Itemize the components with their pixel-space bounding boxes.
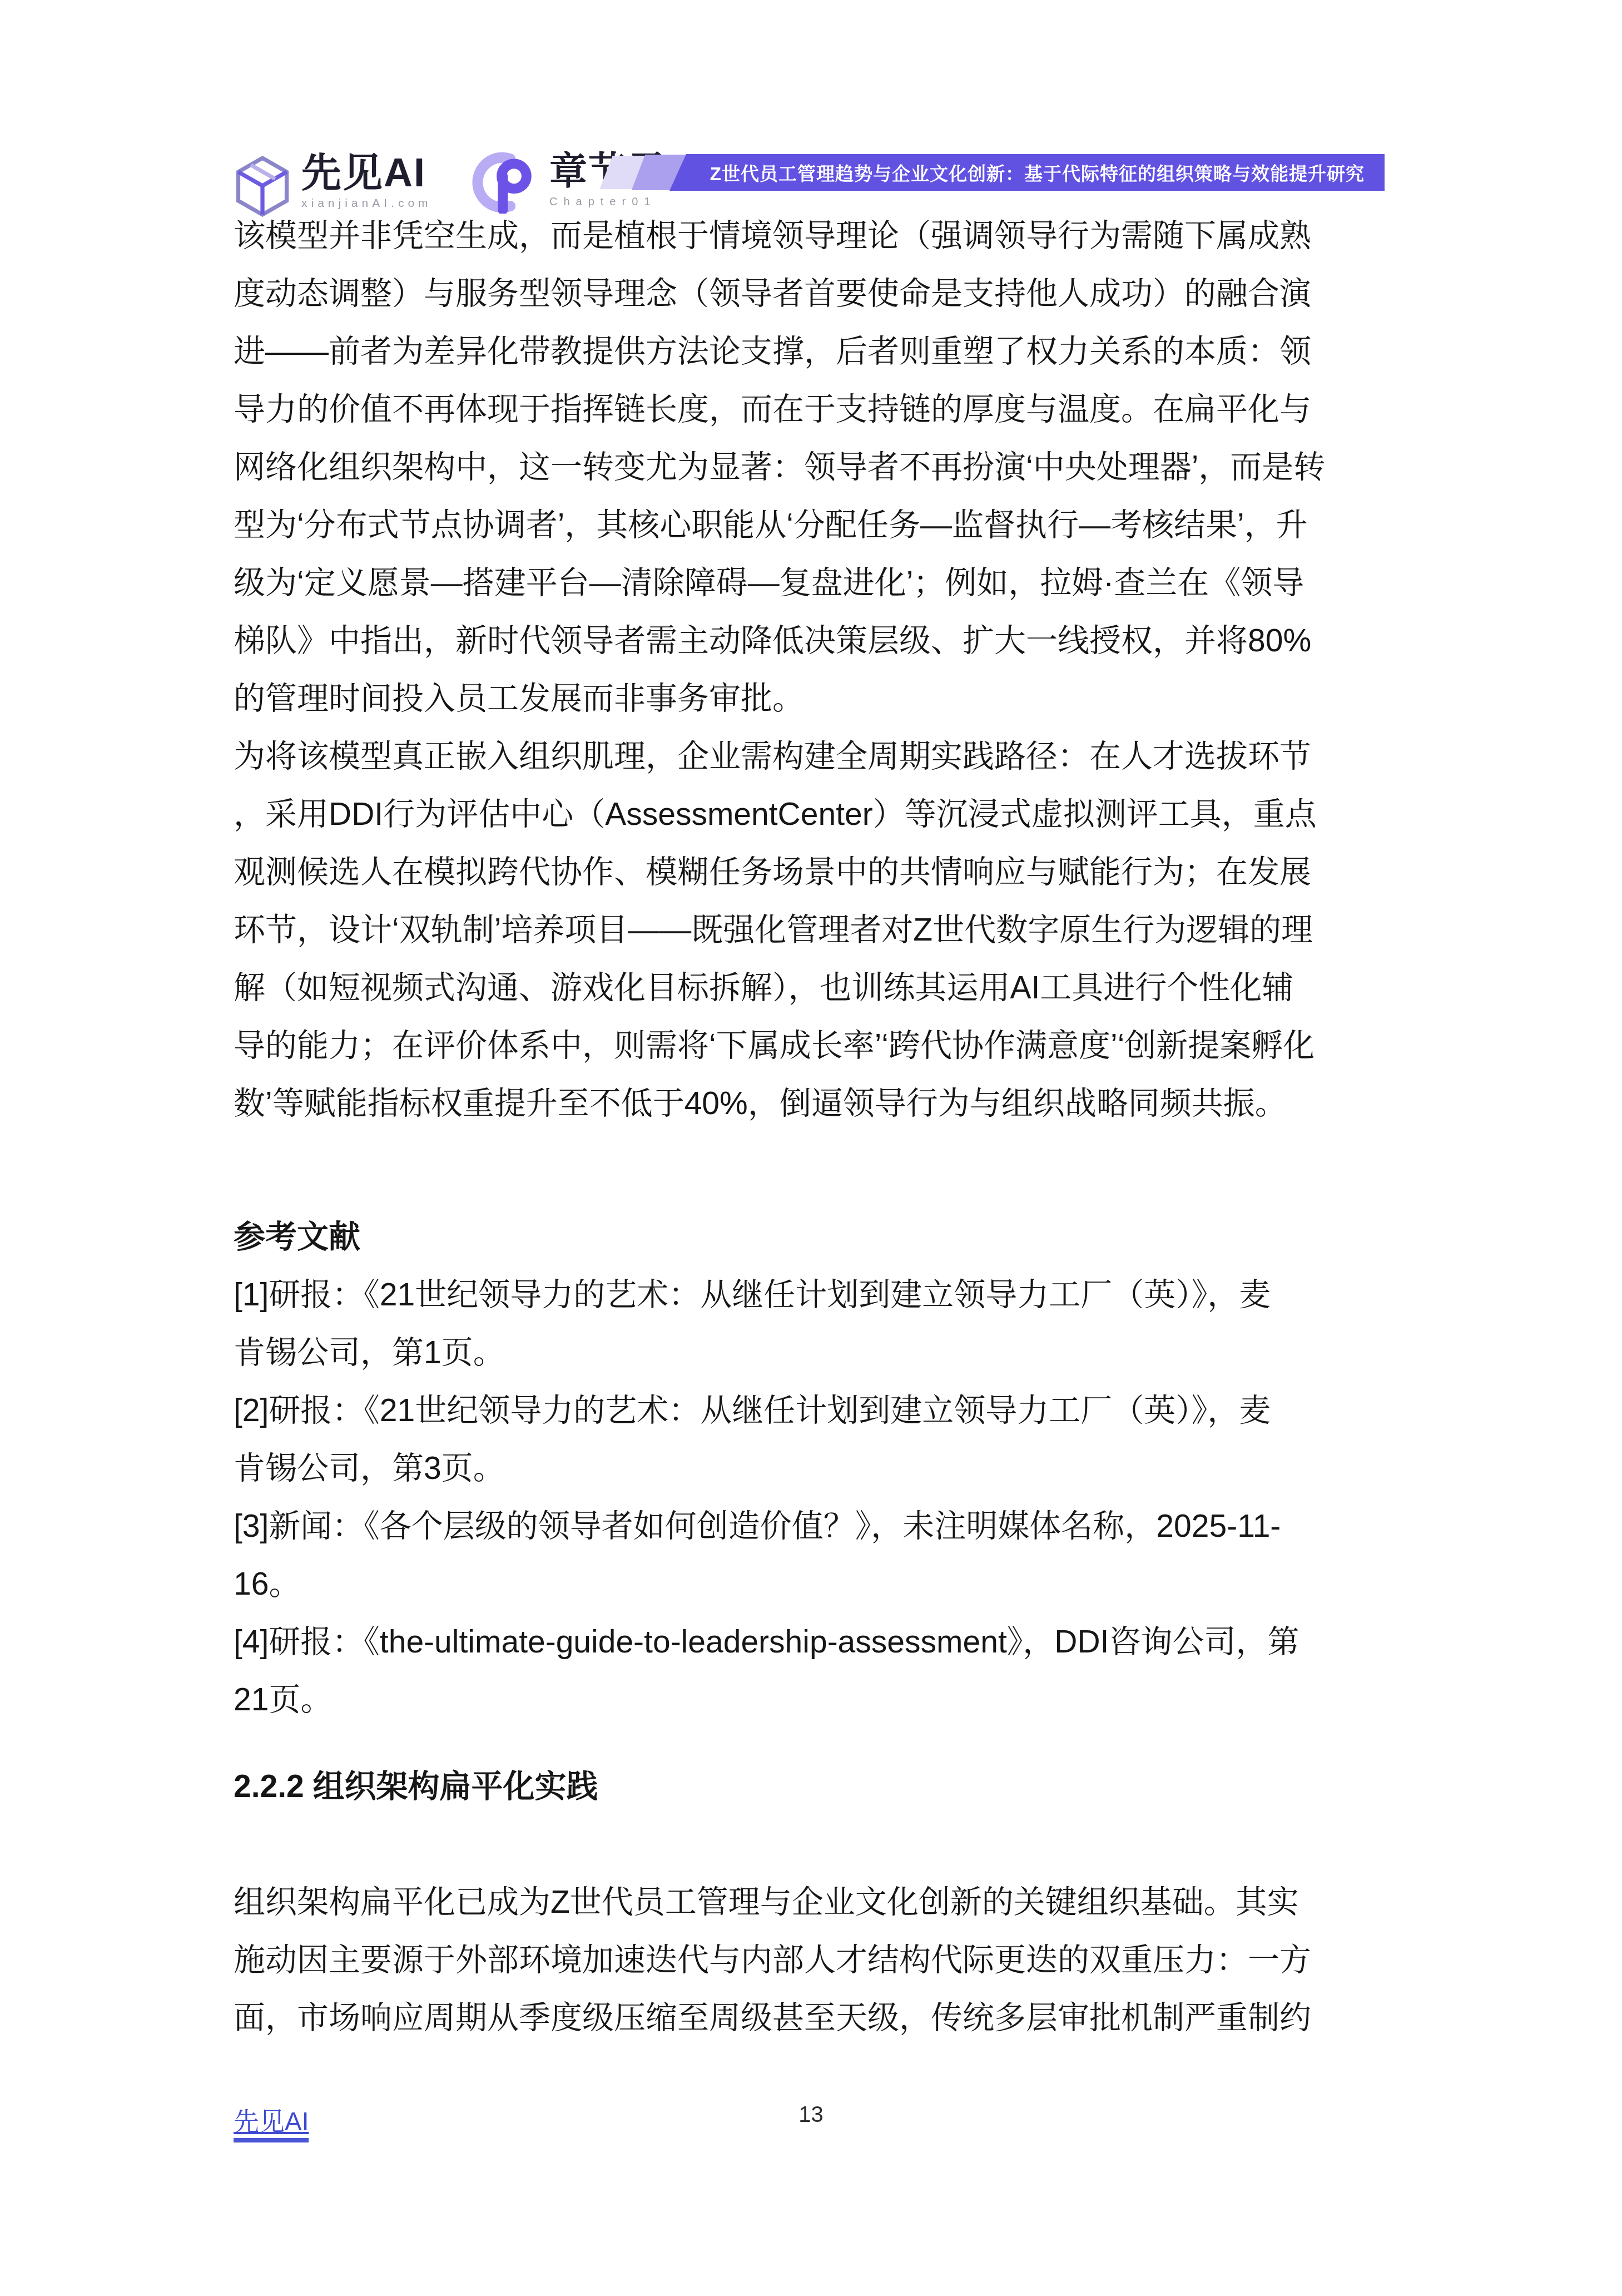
reference-line: 肯锡公司，第3页。 bbox=[234, 1439, 1418, 1497]
paragraph-line: 数’等赋能指标权重提升至不低于40%，倒逼领导行为与组织战略同频共振。 bbox=[234, 1075, 1418, 1132]
paragraph-line: 该模型并非凭空生成，而是植根于情境领导理论（强调领导行为需随下属成熟 bbox=[234, 207, 1418, 265]
reference-line: [4]研报：《the-ultimate-guide-to-leadership-… bbox=[234, 1613, 1418, 1671]
paragraph-line: 型为‘分布式节点协调者’，其核心职能从‘分配任务—监督执行—考核结果’，升 bbox=[234, 496, 1418, 554]
footer-brand-link[interactable]: 先见AI bbox=[234, 2107, 309, 2142]
paragraph-line: ，采用DDI行为评估中心（AssessmentCenter）等沉浸式虚拟测评工具… bbox=[234, 785, 1418, 843]
brand1-name: 先见AI bbox=[301, 151, 432, 195]
paragraph-line: 导力的价值不再体现于指挥链长度，而在于支持链的厚度与温度。在扁平化与 bbox=[234, 380, 1418, 438]
paragraph-line: 面，市场响应周期从季度级压缩至周级甚至天级，传统多层审批机制严重制约 bbox=[234, 1989, 1418, 2047]
paragraph-line: 组织架构扁平化已成为Z世代员工管理与企业文化创新的关键组织基础。其实 bbox=[234, 1873, 1418, 1931]
reference-line: [3]新闻：《各个层级的领导者如何创造价值？》，未注明媒体名称，2025-11- bbox=[234, 1497, 1418, 1555]
paragraph-line: 解（如短视频式沟通、游戏化目标拆解），也训练其运用AI工具进行个性化辅 bbox=[234, 959, 1418, 1017]
page-number: 13 bbox=[798, 2102, 824, 2127]
paragraph-line: 导的能力；在评价体系中，则需将‘下属成长率’‘跨代协作满意度’‘创新提案孵化 bbox=[234, 1017, 1418, 1075]
reference-line: [2]研报：《21世纪领导力的艺术：从继任计划到建立领导力工厂（英）》，麦 bbox=[234, 1382, 1418, 1439]
document-body: 该模型并非凭空生成，而是植根于情境领导理论（强调领导行为需随下属成熟 度动态调整… bbox=[234, 207, 1418, 2047]
paragraph-line: 级为‘定义愿景—搭建平台—清除障碍—复盘进化’；例如，拉姆·查兰在《领导 bbox=[234, 554, 1418, 612]
document-page: 先见AI xianjianAI.com 章节零一 Chapter01 Z世代员工… bbox=[0, 0, 1622, 2296]
references-heading: 参考文献 bbox=[234, 1208, 1418, 1266]
reference-line: 16。 bbox=[234, 1555, 1418, 1613]
cp-logo-icon bbox=[472, 150, 542, 214]
paragraph-line: 度动态调整）与服务型领导理念（领导者首要使命是支持他人成功）的融合演 bbox=[234, 265, 1418, 323]
paragraph-line: 环节，设计‘双轨制’培养项目——既强化管理者对Z世代数字原生行为逻辑的理 bbox=[234, 901, 1418, 959]
paragraph-line: 施动因主要源于外部环境加速迭代与内部人才结构代际更迭的双重压力：一方 bbox=[234, 1931, 1418, 1989]
banner-title: Z世代员工管理趋势与企业文化创新：基于代际特征的组织策略与效能提升研究 bbox=[710, 160, 1365, 186]
banner-bar: Z世代员工管理趋势与企业文化创新：基于代际特征的组织策略与效能提升研究 bbox=[669, 154, 1385, 191]
reference-line: 21页。 bbox=[234, 1671, 1418, 1729]
paragraph-line: 梯队》中指出，新时代领导者需主动降低决策层级、扩大一线授权，并将80% bbox=[234, 612, 1418, 670]
paragraph-line: 观测候选人在模拟跨代协作、模糊任务场景中的共情响应与赋能行为；在发展 bbox=[234, 843, 1418, 901]
section-heading-2-2-2: 2.2.2 组织架构扁平化实践 bbox=[234, 1758, 1418, 1815]
paragraph-line: 进——前者为差异化带教提供方法论支撑，后者则重塑了权力关系的本质：领 bbox=[234, 323, 1418, 380]
paragraph-line: 的管理时间投入员工发展而非事务审批。 bbox=[234, 670, 1418, 728]
paragraph-line: 网络化组织架构中，这一转变尤为显著：领导者不再扮演‘中央处理器’，而是转 bbox=[234, 438, 1418, 496]
reference-line: [1]研报：《21世纪领导力的艺术：从继任计划到建立领导力工厂（英）》，麦 bbox=[234, 1266, 1418, 1324]
reference-line: 肯锡公司，第1页。 bbox=[234, 1324, 1418, 1382]
paragraph-line: 为将该模型真正嵌入组织肌理，企业需构建全周期实践路径：在人才选拔环节 bbox=[234, 728, 1418, 785]
header-banner: Z世代员工管理趋势与企业文化创新：基于代际特征的组织策略与效能提升研究 bbox=[602, 154, 1385, 191]
